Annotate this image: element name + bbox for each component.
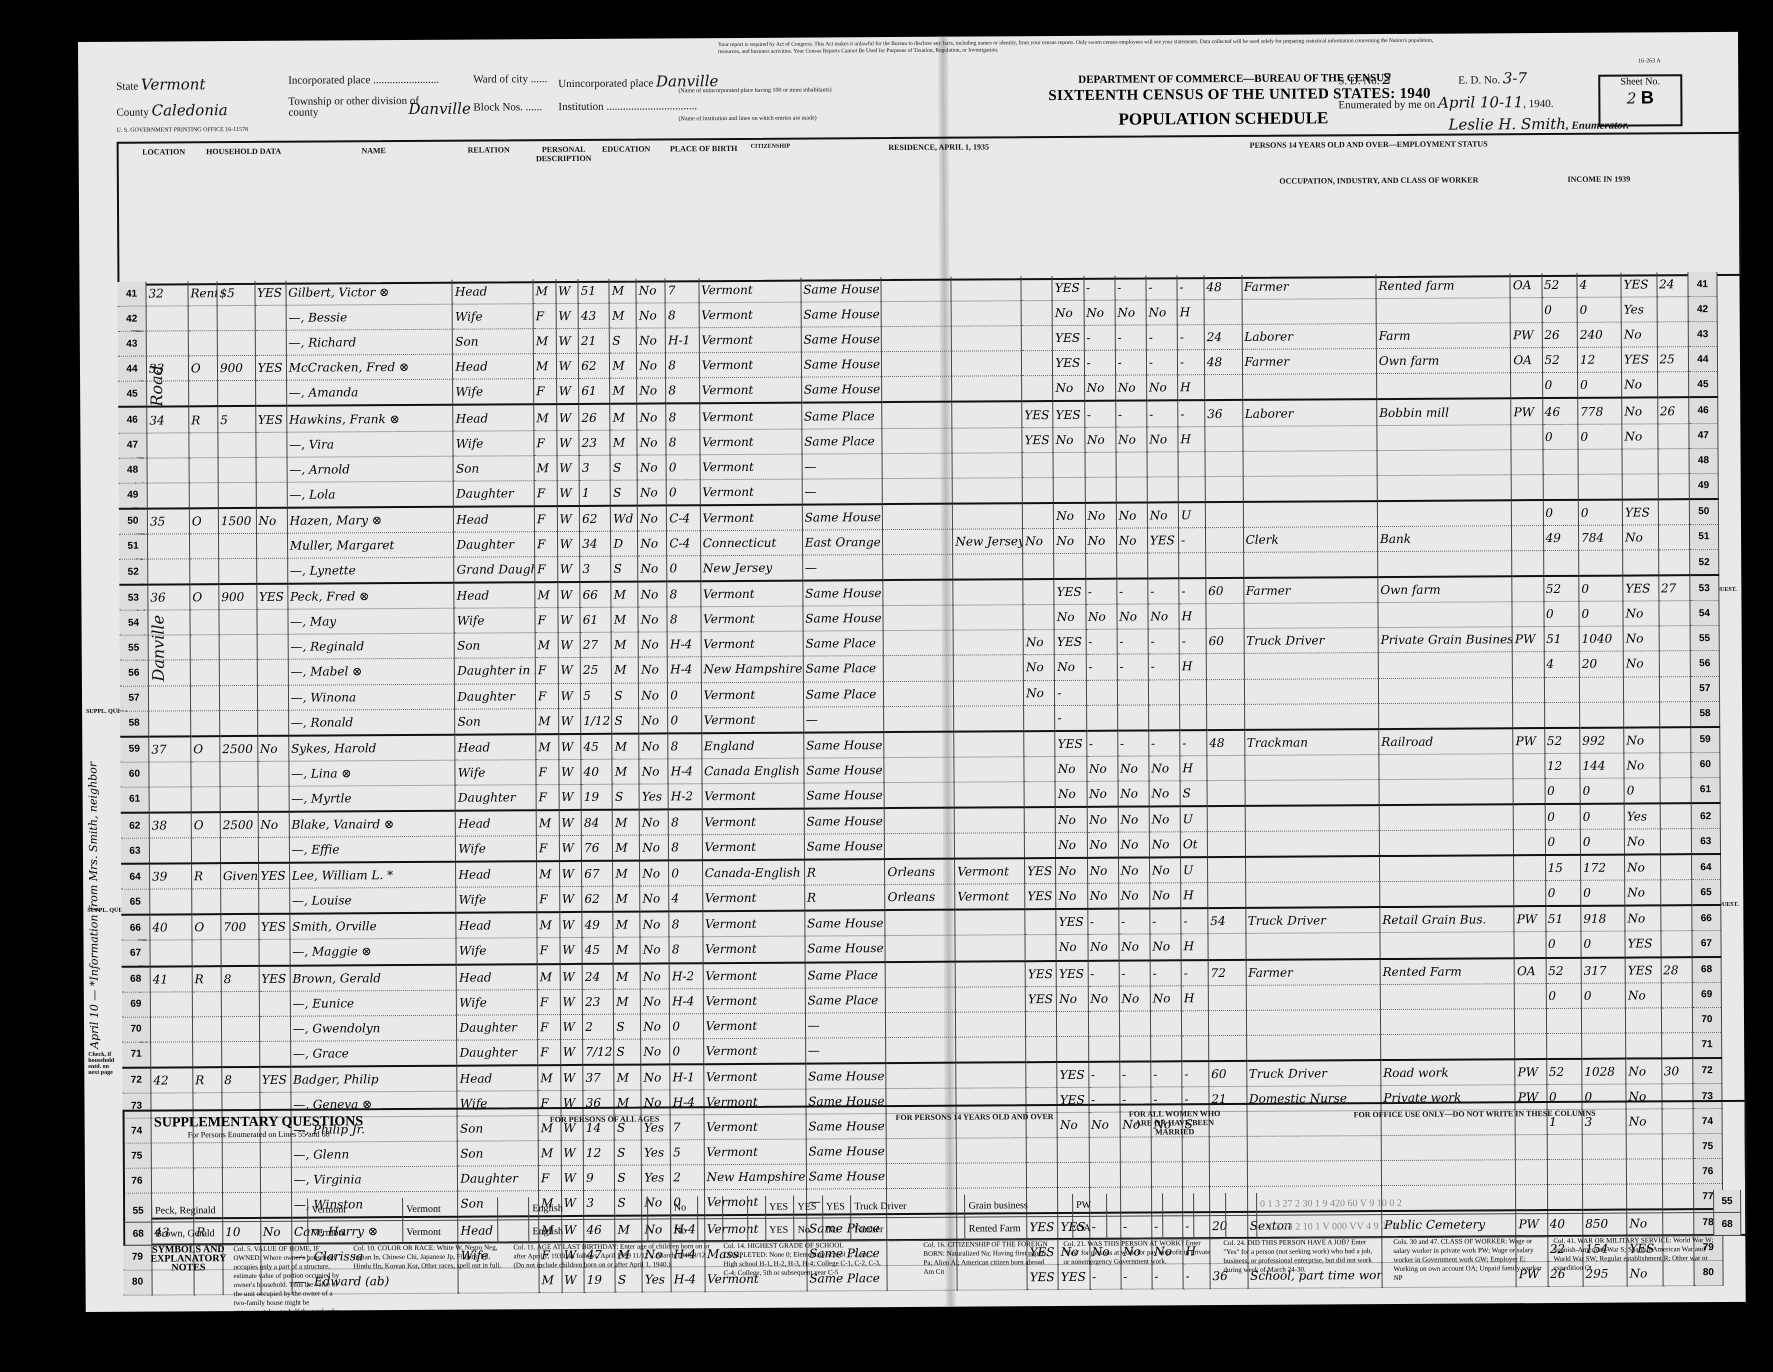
cell-wks: 49 — [1543, 525, 1579, 550]
cell-rel: Daughter — [455, 785, 536, 811]
cell-wage — [1579, 677, 1623, 702]
cell-sch: No — [638, 556, 667, 582]
cell-c22: - — [1086, 730, 1117, 756]
cell-c18 — [884, 731, 954, 757]
supp-cell-blank — [1225, 1193, 1256, 1216]
cell-c25: H — [1181, 883, 1208, 909]
cell-line: 59 — [120, 736, 149, 762]
cell-mar: S — [611, 556, 638, 582]
cell-rel: Wife — [453, 430, 534, 456]
cell-c26 — [1208, 1035, 1246, 1061]
cell-oth: YES — [1625, 957, 1661, 983]
cell-oth: No — [1623, 626, 1659, 651]
cell-occ — [1245, 882, 1380, 908]
cell-name: —, May — [288, 608, 455, 634]
cell-c18 — [881, 301, 951, 327]
cell-oth: No — [1622, 423, 1658, 448]
cell-sch: No — [636, 328, 665, 353]
cell-own — [190, 660, 219, 685]
cell-rel: Son — [455, 708, 536, 734]
cell-value: 8 — [222, 1067, 260, 1093]
cell-c23: No — [1119, 986, 1150, 1011]
cell-c26 — [1205, 451, 1243, 476]
cell-age: 67 — [582, 861, 613, 887]
cell-ind — [1376, 298, 1511, 324]
cell-c25: - — [1180, 730, 1207, 756]
cell-race: W — [556, 379, 579, 405]
cell-c20 — [1024, 781, 1055, 807]
cell-race: W — [559, 784, 582, 810]
cell-sex: F — [535, 683, 558, 708]
cell-c19 — [952, 402, 1022, 428]
cell-name: Brown, Gerald — [290, 964, 457, 991]
cell-age: 76 — [582, 835, 613, 861]
cell-mar: M — [613, 835, 640, 861]
group-employment: PERSONS 14 YEARS OLD AND OVER—EMPLOYMENT… — [1119, 139, 1619, 151]
cell-grade: H-4 — [668, 758, 701, 783]
cell-c24: - — [1150, 909, 1181, 935]
cell-ind — [1379, 754, 1514, 780]
cell-line: 46 — [118, 407, 147, 433]
cell-occ — [1243, 552, 1378, 578]
cell-birth: Vermont — [699, 403, 801, 429]
cell-birth: Vermont — [701, 707, 803, 733]
cell-mar: M — [612, 657, 639, 682]
cell-c20 — [1026, 1062, 1057, 1088]
cell-c20 — [1022, 351, 1053, 376]
cell-rel: Son — [453, 455, 534, 481]
cell-house — [147, 483, 189, 509]
cell-c21: No — [1053, 376, 1084, 402]
cell-wage: 172 — [1580, 855, 1624, 881]
cell-name: —, Ronald — [288, 709, 455, 736]
cell-rel: Head — [457, 964, 538, 990]
cell-rel: Head — [453, 405, 534, 431]
cell-farmno — [1660, 803, 1691, 829]
cell-age: 21 — [578, 328, 609, 353]
cell-c20 — [1023, 579, 1054, 605]
cell-birth: Vermont — [699, 429, 801, 455]
cell-wks: 52 — [1546, 957, 1582, 983]
cell-house — [148, 610, 190, 635]
cell-own — [192, 889, 221, 915]
cell-grade: H-4 — [668, 657, 701, 682]
cell-cls: PW — [1515, 1059, 1546, 1085]
cell-line: 51 — [119, 534, 148, 559]
cell-c25: U — [1181, 857, 1208, 883]
cell-c25: - — [1179, 528, 1206, 553]
cell-birth: Vermont — [702, 834, 804, 860]
cell-res: Same Place — [801, 403, 882, 429]
cell-wks — [1544, 702, 1580, 728]
cell-value — [219, 660, 257, 685]
cell-line: 59 — [1690, 727, 1719, 753]
schedule-title: POPULATION SCHEDULE — [1118, 108, 1328, 129]
cell-sex: F — [537, 887, 560, 913]
cell-sex: M — [533, 329, 556, 354]
cell-c23 — [1119, 1011, 1150, 1036]
cell-c18: Orleans — [885, 884, 955, 910]
cell-c18: Orleans — [885, 859, 955, 885]
cell-birth: Vermont — [703, 937, 805, 963]
cell-occ — [1245, 933, 1380, 959]
cell-mar: M — [609, 303, 636, 328]
cell-sch: No — [639, 733, 668, 759]
cell-house — [148, 559, 190, 585]
cell-c18 — [886, 961, 956, 987]
cell-sch: No — [641, 1064, 670, 1090]
cell-c26: 24 — [1204, 325, 1242, 350]
cell-house — [150, 1017, 192, 1042]
cell-c20 — [1024, 807, 1055, 833]
supp-title: SUPPLEMENTARY QUESTIONS — [129, 1114, 389, 1131]
cell-sex: F — [537, 938, 560, 964]
cell-sex: M — [533, 354, 556, 379]
cell-mar: M — [611, 607, 638, 632]
cell-farm — [258, 837, 289, 863]
cell-cls — [1513, 778, 1544, 804]
note-col14: Col. 14. HIGHEST GRADE OF SCHOOL COMPLET… — [723, 1241, 883, 1278]
cell-rel: Head — [454, 582, 535, 608]
cell-c18 — [883, 605, 953, 631]
cell-c26 — [1206, 679, 1244, 704]
cell-age: 43 — [578, 303, 609, 328]
cell-c23: - — [1115, 350, 1146, 375]
cell-age: 37 — [583, 1065, 614, 1091]
cell-farmno — [1660, 854, 1691, 880]
cell-sch: No — [641, 989, 670, 1014]
cell-sch: No — [638, 531, 667, 556]
cell-birth: Vermont — [700, 454, 802, 480]
cell-name: —, Arnold — [287, 456, 454, 482]
cell-cls — [1514, 932, 1545, 958]
cell-line: 41 — [117, 282, 146, 307]
cell-ind — [1377, 424, 1512, 450]
cell-oth: No — [1625, 982, 1661, 1007]
cell-occ — [1246, 1009, 1381, 1035]
cell-farm — [259, 1041, 290, 1067]
cell-birth: Vermont — [703, 988, 805, 1014]
cell-line: 63 — [1691, 829, 1720, 855]
cell-res: R — [804, 859, 885, 885]
cell-c21: YES — [1053, 326, 1084, 351]
cell-farm — [259, 940, 290, 966]
cell-c23 — [1117, 705, 1148, 731]
cell-rel: Daughter — [457, 1040, 538, 1066]
cell-sch: No — [638, 582, 667, 608]
cell-house — [150, 889, 192, 915]
cell-c22: No — [1087, 935, 1118, 961]
cell-farmno — [1660, 778, 1691, 804]
cell-c19 — [955, 935, 1025, 961]
cell-name: Lee, William L. * — [289, 862, 456, 889]
cell-oth: No — [1625, 880, 1661, 906]
cell-c23 — [1116, 553, 1147, 579]
cell-res: Same House — [802, 504, 883, 530]
cell-farmno — [1661, 1032, 1692, 1058]
cell-race: W — [556, 329, 579, 354]
cell-race: W — [558, 708, 581, 734]
cell-c25: - — [1178, 401, 1205, 427]
cell-sch: No — [639, 809, 668, 835]
cell-value — [221, 940, 259, 966]
cell-name: —, Bessie — [286, 304, 453, 330]
cell-age: 5 — [581, 683, 612, 708]
cell-own — [191, 838, 220, 864]
cell-line: 50 — [119, 508, 148, 534]
cell-sex: F — [535, 532, 558, 557]
cell-farm: YES — [258, 863, 289, 889]
cell-oth — [1622, 449, 1658, 474]
cell-cls — [1514, 804, 1545, 830]
cell-c18 — [885, 936, 955, 962]
cell-cls: OA — [1511, 348, 1542, 373]
cell-res: Same House — [804, 808, 885, 834]
cell-rel: Grand Daughter — [454, 557, 535, 583]
cell-oth: Yes — [1624, 803, 1660, 829]
cell-line: 49 — [119, 483, 148, 509]
note-col24: Col. 24. DID THIS PERSON HAVE A JOB? Ent… — [1223, 1238, 1383, 1275]
cell-c24: No — [1150, 934, 1181, 960]
cell-rel: Head — [453, 354, 534, 380]
cell-name: Muller, Margaret — [287, 532, 454, 558]
cell-c19: Vermont — [955, 884, 1025, 910]
cell-cls: PW — [1514, 906, 1545, 932]
cell-cls — [1515, 1008, 1546, 1033]
cell-wage — [1581, 1008, 1625, 1033]
cell-wks: 46 — [1542, 398, 1578, 424]
cell-grade: H-4 — [670, 988, 703, 1013]
supp-group-office: FOR OFFICE USE ONLY—DO NOT WRITE IN THES… — [1275, 1108, 1675, 1119]
cell-line: 62 — [121, 813, 150, 839]
cell-mar: S — [610, 455, 637, 480]
cell-cls — [1511, 424, 1542, 449]
cell-value — [217, 306, 255, 331]
cell-c18 — [886, 1063, 956, 1089]
cell-res: Same Place — [805, 962, 886, 988]
cell-occ — [1244, 703, 1379, 729]
cell-farmno — [1658, 448, 1689, 473]
cell-line: 61 — [121, 787, 150, 813]
cell-c25 — [1178, 451, 1205, 476]
cell-c21: No — [1053, 427, 1084, 452]
cell-mar: M — [610, 353, 637, 378]
cell-house: 35 — [147, 508, 189, 534]
cell-wks — [1546, 1033, 1582, 1059]
cell-c18 — [883, 554, 953, 580]
cell-occ — [1242, 374, 1377, 400]
cell-c20: YES — [1025, 884, 1056, 910]
cell-oth: No — [1624, 829, 1660, 855]
cell-mar: M — [612, 733, 639, 759]
cell-c22 — [1088, 1036, 1119, 1062]
cell-race: W — [559, 861, 582, 887]
cell-res: Same Place — [803, 656, 884, 682]
cell-birth: New Jersey — [700, 555, 802, 581]
cell-c22 — [1085, 477, 1116, 503]
cell-c20: No — [1023, 630, 1054, 655]
cell-own: R — [192, 966, 221, 992]
cell-oth: No — [1623, 651, 1659, 676]
supp-cell-blank — [747, 1196, 765, 1219]
cell-cls: PW — [1511, 399, 1542, 425]
cell-rel: Wife — [452, 304, 533, 330]
cell-wks: 0 — [1546, 983, 1582, 1008]
cell-res: Same Place — [803, 631, 884, 657]
cell-c23: - — [1117, 654, 1148, 679]
cell-rel: Son — [453, 329, 534, 355]
cell-c24: - — [1150, 960, 1181, 986]
cell-cls — [1514, 881, 1545, 907]
cell-c26 — [1204, 375, 1242, 401]
cell-c19 — [953, 605, 1023, 631]
cell-c26: 60 — [1206, 578, 1244, 604]
cell-c26 — [1205, 502, 1243, 528]
cell-cls — [1510, 298, 1541, 323]
cell-c19 — [954, 680, 1024, 706]
cell-cls — [1511, 373, 1542, 399]
supp-cell-line: 55 — [1713, 1190, 1740, 1213]
cell-oth: Yes — [1621, 297, 1657, 322]
note-col10: Col. 10. COLOR OR RACE: White W, Negro N… — [353, 1243, 503, 1271]
cell-ind — [1379, 779, 1514, 805]
cell-grade: 0 — [668, 707, 701, 733]
cell-c22 — [1086, 705, 1117, 731]
cell-c21: No — [1055, 781, 1086, 807]
cell-house: 36 — [148, 584, 190, 610]
cell-wks: 0 — [1542, 373, 1578, 399]
cell-c25: - — [1177, 275, 1204, 300]
cell-c25 — [1179, 553, 1206, 579]
supp-cell-tongue: English — [529, 1197, 647, 1220]
cell-grade: C-4 — [667, 531, 700, 556]
cell-farmno — [1661, 982, 1692, 1007]
cell-farmno — [1658, 601, 1689, 626]
supp-cell-ind: Grain business — [965, 1194, 1073, 1217]
cell-occ — [1245, 831, 1380, 857]
cell-c20 — [1021, 326, 1052, 351]
cell-occ — [1245, 856, 1380, 882]
cell-c23: - — [1115, 275, 1146, 300]
cell-sch: No — [637, 353, 666, 378]
cell-mar: S — [614, 1039, 641, 1065]
cell-mar: S — [612, 683, 639, 708]
note-col11: Col. 11. AGE AT LAST BIRTHDAY: Enter age… — [513, 1242, 713, 1270]
cell-birth: Vermont — [700, 581, 802, 607]
cell-race: W — [556, 279, 579, 304]
explanatory-notes: SYMBOLS AND EXPLANATORY NOTES Col. 5. VA… — [123, 1232, 1743, 1312]
cell-value — [217, 331, 255, 356]
cell-rel: Daughter — [455, 683, 536, 709]
cell-c20 — [1021, 276, 1052, 301]
cell-oth: YES — [1621, 347, 1657, 372]
cell-c18 — [884, 656, 954, 682]
cell-mar: M — [613, 963, 640, 989]
cell-rel: Daughter — [454, 480, 535, 506]
cell-c20 — [1022, 503, 1053, 529]
cell-birth: Canada-English — [702, 860, 804, 886]
cell-sch: No — [640, 937, 669, 963]
cell-line: 43 — [118, 331, 147, 356]
cell-mar: M — [611, 632, 638, 657]
cell-c24: No — [1149, 756, 1180, 781]
cell-birth: Vermont — [699, 352, 801, 378]
cell-sex: M — [535, 582, 558, 608]
cell-c25: U — [1180, 806, 1207, 832]
cell-sch: Yes — [639, 784, 668, 810]
cell-line: 70 — [1692, 1007, 1721, 1032]
cell-sch: No — [640, 835, 669, 861]
cell-c23: No — [1118, 781, 1149, 807]
cell-age: 23 — [582, 989, 613, 1014]
cell-line: 55 — [120, 635, 149, 660]
cell-grade: 8 — [666, 429, 699, 454]
supplementary-questions: SUPPLEMENTARY QUESTIONS For Persons Enum… — [123, 1100, 1748, 1246]
cell-value — [218, 457, 256, 482]
cell-c21: - — [1055, 680, 1086, 705]
cell-birth: Vermont — [701, 606, 803, 632]
cell-age: 61 — [579, 379, 610, 405]
cell-house: 42 — [151, 1067, 193, 1093]
cell-farm: No — [258, 812, 289, 838]
cell-c21: No — [1056, 884, 1087, 910]
cell-farmno — [1657, 372, 1688, 398]
cell-sex: F — [534, 379, 557, 405]
cell-wks: 12 — [1544, 753, 1580, 778]
cell-c18 — [884, 757, 954, 783]
cell-c23: No — [1119, 934, 1150, 960]
cell-c18 — [883, 529, 953, 555]
cell-c25: S — [1180, 780, 1207, 806]
cell-c21: No — [1056, 832, 1087, 858]
cell-ind — [1379, 855, 1514, 881]
cell-farm — [255, 432, 286, 457]
cell-sex: F — [534, 506, 557, 532]
cell-farm — [255, 305, 286, 330]
cell-c26 — [1205, 426, 1243, 451]
cell-wks — [1543, 474, 1579, 500]
cell-c21: YES — [1054, 630, 1085, 655]
cell-race: W — [558, 608, 581, 633]
cell-c19 — [955, 961, 1025, 987]
cell-wage: 317 — [1581, 957, 1625, 983]
cell-house — [146, 331, 188, 356]
cell-line: 66 — [121, 915, 150, 941]
cell-value: 1500 — [218, 508, 256, 534]
cell-race: W — [557, 455, 580, 480]
cell-res: Same House — [801, 302, 882, 328]
cell-farm — [255, 381, 286, 407]
cell-oth — [1626, 1033, 1662, 1059]
cell-value: 700 — [221, 914, 259, 940]
cell-c18 — [886, 1037, 956, 1063]
cell-c24 — [1150, 1010, 1181, 1035]
cell-c22: No — [1088, 986, 1119, 1011]
cell-oth: No — [1624, 753, 1660, 778]
cell-res: Same House — [804, 782, 885, 808]
cell-race: W — [557, 531, 580, 556]
cell-birth: Vermont — [700, 479, 802, 505]
cell-c22: - — [1084, 350, 1115, 375]
cell-c26: 60 — [1209, 1061, 1247, 1087]
cell-c21: No — [1056, 858, 1087, 884]
cell-line: 72 — [1692, 1058, 1721, 1084]
cell-rel: Daughter — [457, 1014, 538, 1040]
cell-farmno: 24 — [1656, 272, 1687, 297]
cell-ind — [1376, 373, 1511, 399]
cell-c26: 48 — [1204, 275, 1242, 300]
cell-c26 — [1206, 604, 1244, 629]
